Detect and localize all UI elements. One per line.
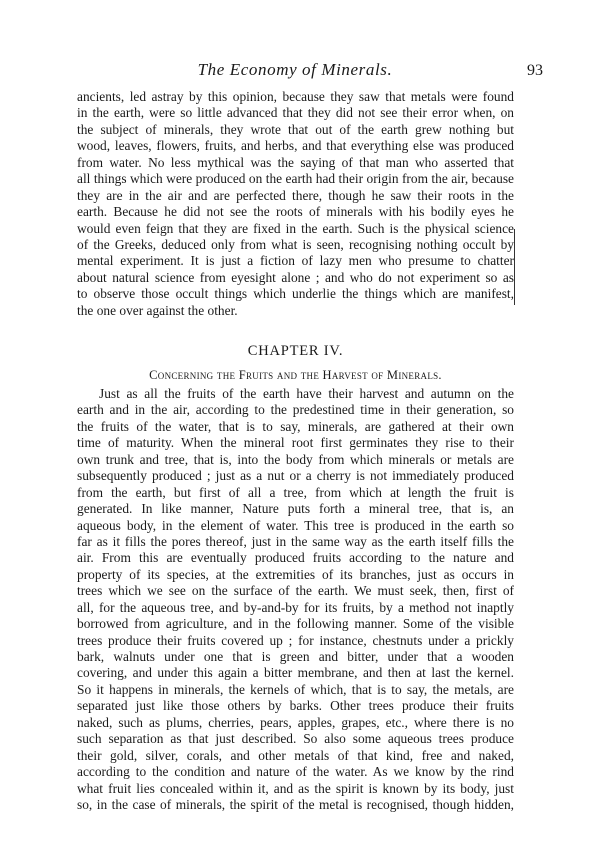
text-line: about natural science from eyesight alon…: [77, 270, 514, 286]
text-line: far as it fills the pores thereof, just …: [77, 534, 514, 550]
text-line: borrowed from agriculture, and in the fo…: [77, 616, 514, 632]
text-line: would even feign that they are fixed in …: [77, 221, 514, 237]
text-line: in the earth, were so little advanced th…: [77, 105, 514, 121]
text-line: mental experiment. It is just a fiction …: [77, 253, 514, 269]
paragraph-continued: ancients, led astray by this opinion, be…: [77, 89, 514, 319]
chapter-paragraph: Just as all the fruits of the earth have…: [77, 386, 514, 813]
text-line: all things which were produced on the ea…: [77, 171, 514, 187]
text-line: so, in the case of minerals, the spirit …: [77, 797, 514, 813]
text-line: naked, such as plums, cherries, pears, a…: [77, 715, 514, 731]
text-line: earth and in the air, according to the p…: [77, 402, 514, 418]
text-line: of the Greeks, deduced only from what is…: [77, 237, 514, 253]
text-line: covering, and under this again a bitter …: [77, 665, 514, 681]
text-line: aqueous body, in the element of water. T…: [77, 518, 514, 534]
chapter-subtitle: Concerning the Fruits and the Harvest of…: [77, 368, 514, 383]
text-line: their gold, silver, corals, and other me…: [77, 748, 514, 764]
text-line: wood, leaves, flowers, fruits, and herbs…: [77, 138, 514, 154]
text-line: subsequently produced ; just as a nut or…: [77, 468, 514, 484]
text-line: ancients, led astray by this opinion, be…: [77, 89, 514, 105]
chapter-heading: CHAPTER IV.: [77, 343, 514, 360]
text-line: the subject of minerals, they wrote that…: [77, 122, 514, 138]
running-title: The Economy of Minerals.: [77, 60, 513, 80]
text-line: Just as all the fruits of the earth have…: [77, 386, 514, 402]
text-line: such separation as that just described. …: [77, 731, 514, 747]
page-number: 93: [527, 62, 543, 80]
text-line: according to the condition and nature of…: [77, 764, 514, 780]
text-line: generated. In like manner, Nature puts f…: [77, 501, 514, 517]
text-line: the fruits of the water, that is to say,…: [77, 419, 514, 435]
text-line: from the earth, but first of all a tree,…: [77, 485, 514, 501]
book-page: The Economy of Minerals. 93 ancients, le…: [0, 0, 591, 863]
text-line: they are in the air and are perfected th…: [77, 188, 514, 204]
text-line: own trunk and tree, that is, into the bo…: [77, 452, 514, 468]
text-line: from water. No less mythical was the say…: [77, 155, 514, 171]
running-head: The Economy of Minerals. 93: [77, 60, 513, 80]
text-line: to observe those occult things which und…: [77, 286, 514, 302]
margin-rule: [514, 229, 515, 305]
text-line: So it happens in minerals, the kernels o…: [77, 682, 514, 698]
text-line: trees produce their fruits covered up ; …: [77, 633, 514, 649]
text-line: trees which we see on the surface of the…: [77, 583, 514, 599]
text-line: the one over against the other.: [77, 303, 514, 319]
text-line: earth. Because he did not see the roots …: [77, 204, 514, 220]
text-line: property of its species, at the extremit…: [77, 567, 514, 583]
text-line: bark, walnuts under one that is green an…: [77, 649, 514, 665]
text-line: all, for the aqueous tree, and by-and-by…: [77, 600, 514, 616]
text-line: air. From this are eventually produced f…: [77, 550, 514, 566]
text-line: what fruit lies concealed within it, and…: [77, 781, 514, 797]
text-line: separated just like those others by bark…: [77, 698, 514, 714]
text-line: time of maturity. When the mineral root …: [77, 435, 514, 451]
